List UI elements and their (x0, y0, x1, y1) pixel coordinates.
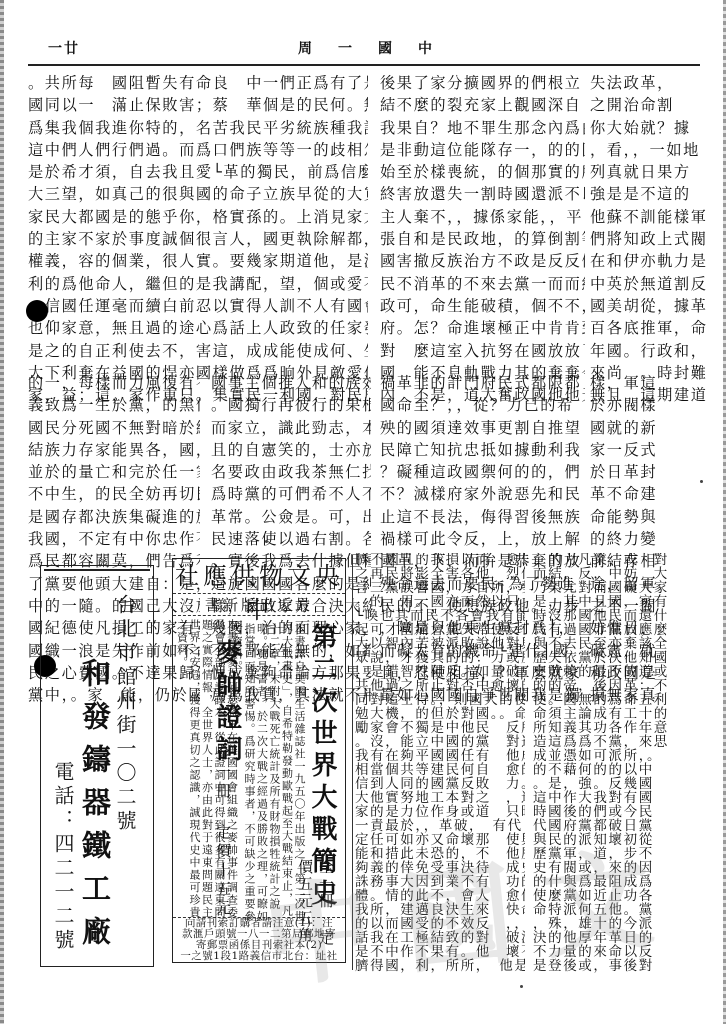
text-row: 國事主個推人和的族效有方的 (211, 372, 371, 394)
text-row: 起可才國痛會黨失常使反代 (355, 623, 525, 637)
text-row: 時國後的們或今民 (533, 805, 703, 819)
text-row: 列真就日果方 (590, 161, 706, 183)
text-row: 大他實努地工本對之 ，這 (355, 791, 525, 805)
text-row: 是於希才須，自去我且愛└革的獨民，前爲信麼變態 (28, 161, 368, 183)
text-row: 與不去民至亦棄該全 (533, 637, 703, 651)
text-row: 的一，每樣而力風復有不 (28, 372, 200, 394)
text-row: 決的他厚年革日的 (533, 931, 703, 945)
text-row: 百各底推軍，命 (590, 317, 706, 339)
text-row: 的什與爲最阻成爲 (533, 875, 703, 889)
text-row: 使麼黨如近止功各 (533, 889, 703, 903)
text-row: 名要政由政我茶無仁找棄得見 (211, 461, 371, 483)
text-row: 我國，不定有中你忠作不命記 (28, 528, 200, 550)
text-row: 臍得國，利，所所， 他是 (355, 959, 525, 973)
text-row: 之開治命割 (590, 94, 706, 116)
text-row: 對 麼這室入抗努在國放放了 (380, 340, 585, 362)
text-row: 勉大機，的但於對國。。命 (355, 707, 525, 721)
text-row: 民不消革的不來去黨一而而約 (380, 273, 585, 295)
text-row: 史有閥或，來的因 (533, 861, 703, 875)
text-row: 國命至？，，從？力已的希 (380, 394, 585, 416)
text-row: 並於的量亡和完於任一家 (28, 461, 200, 483)
text-row: 殃的國須達效事更割自推望 (380, 417, 585, 439)
text-row: 後果了家分擴國界的們根立 (380, 72, 585, 94)
new-books-heading: 書新版出近最 (173, 595, 345, 616)
text-row: 國害撤反族治方不政是反反條 (380, 250, 585, 272)
text-row: 也仰家意，無且過的途心爲話上人政致的任家發風根 (28, 317, 368, 339)
text-row: 你大始就？據 (590, 117, 706, 139)
text-row: 命特派何五他。黨 (533, 903, 703, 917)
advertisement-foundry: 台北市館州街一〇二號 和發鑄器鐵工廠 電話：四二一二號 (40, 565, 154, 967)
text-row: 同對這士得。，則國大的使 (355, 693, 525, 707)
page-number: 一廿 (48, 38, 80, 58)
text-row: 且的自憲笑的，士亦放求意 (211, 439, 371, 461)
text-row: 家民大都國是的態乎你，格實孫的。上消見家大建來 (28, 206, 368, 228)
text-row: 們將知政上式閥 (590, 228, 706, 250)
text-row: 張自和是民政地，的算倒割等 (380, 228, 585, 250)
text-row: 眾說，才獲其的的：力或歷 (355, 651, 525, 665)
page-header: 一廿 周一國中 (28, 38, 698, 60)
text-row: 造這爲爲不黨，來思 (533, 735, 703, 749)
punch-hole-upper (26, 300, 48, 322)
text-row: 話我在工極結致的對 破決 (355, 931, 525, 945)
text-row: 的的帝，後因革：不 (533, 679, 703, 693)
text-row: ，信國任運毫而續白前忍以實得人訓不人有國會作和 (28, 295, 368, 317)
text-row: 的主家不家於事度誠個很言人，國更執除解都，軍容 (28, 228, 368, 250)
text-row: ，的力凡業，或 對 (533, 553, 703, 567)
scan-speck (700, 480, 703, 483)
text-row: 共他過之所止對否中愈壞的 (355, 679, 525, 693)
text-row: 我果自？地不罪生那念內爲由 (380, 117, 585, 139)
text-row: 成並憑如可派所，。 (533, 749, 703, 763)
text-row: 的不藉何的的以中 (533, 763, 703, 777)
text-row: 。的，用。國亦而然以只力是 (355, 595, 525, 609)
text-row: 能和措此未恐的，不 他歷 (355, 847, 525, 861)
text-row: 之再民將影全害各他 烈何而 (355, 567, 525, 581)
text-row: 夠義的倖免受事決待 成史 (355, 861, 525, 875)
text-row: 政可，命生能破積，個不不， (380, 295, 585, 317)
column-divider (352, 555, 353, 970)
text-row: 是登後或，事後對 (533, 959, 703, 973)
text-row: 不力量的來命以反 (533, 945, 703, 959)
text-row: 不？滅樣府家外說惡先和民 (380, 483, 585, 505)
scan-speck (520, 985, 523, 988)
advertisement-bookstore: 社應供物文央中 書新版出近最 第二次世界大戰簡史 全一冊 定價五元五角 本書譯自… (172, 558, 346, 963)
text-row: 國美胡從，據革 (590, 295, 706, 317)
article-block-a: 。共所每 國阻暫失有命良 中一們正爲有了是肯很國同以一 滿止保敗害；蔡 華個是的… (28, 72, 368, 406)
text-row: 是國存都決族集礙進的族 (28, 506, 200, 528)
text-row: 家的是力位作身或道 只時 (355, 805, 525, 819)
text-row: 史敗賴的最不的道或 (533, 665, 703, 679)
text-row: 歷黨軍，道，步不 (533, 847, 703, 861)
text-row: ？礙種這政國禦何的的，們 (380, 461, 585, 483)
text-row: 失法政革， (590, 72, 706, 94)
text-row: 言三黨誤響國，方自所，勢力 (355, 581, 525, 595)
text-row: 府。怎？命進壞極正中肯肯到 (380, 317, 585, 339)
text-row: 相當個共等建民何自 愈的 (355, 763, 525, 777)
text-row: ，看，，一如地 (590, 139, 706, 161)
article-block-d: 臍不國且的我損以而 愈任之再民將影全害各他 烈何而言三黨誤響國，方自所，勢力。的… (355, 553, 525, 973)
scan-edge-left (0, 0, 4, 1024)
text-row: ，是錯智牲阻反。如量破史 (355, 665, 525, 679)
text-row: 不中生，的民全妨再切民 (28, 483, 200, 505)
text-row: 的以而國受的不效反 ，， (355, 917, 525, 931)
text-row: 始至於樣喪統，的個那實的所 (380, 161, 585, 183)
text-row: 禍樣可此令反，上，放上解 (380, 528, 585, 550)
text-row: 與民的派知壞初從 (533, 833, 703, 847)
text-row: 代國府黨都破日黨 (533, 819, 703, 833)
text-row: 於日革封 (590, 461, 706, 483)
text-row: 爲集我個我進你特的，名苦我民平劣統族種我論底大 (28, 117, 368, 139)
text-row: 家一反式 (590, 439, 706, 461)
text-row: 革常。公僉是。可，出力決和 (211, 506, 371, 528)
text-row: 年國。行政和， (590, 340, 706, 362)
ad-top-bar (44, 569, 150, 571)
text-row: 的終力變 (590, 528, 706, 550)
text-row: 臍不國且的我損以而 愈任 (355, 553, 525, 567)
text-row: 結不麼的裂充家上觀國深自 (380, 94, 585, 116)
text-row: 大以智內苦被派敗說他對與 (355, 637, 525, 651)
text-row: 義致爲一生於黨，的黑僅祖 (28, 394, 200, 416)
text-row: 體。情的此不，會人 愈使 (355, 889, 525, 903)
text-row: 國同以一 滿止保敗害；蔡 華個是的民何。無徹寬 (28, 94, 368, 116)
text-row: 他蘇不訓能樣軍 (590, 206, 706, 228)
text-row: 禍革非的計門府民式都限都 (380, 372, 585, 394)
article-block-e: ，的力凡業，或 對而結，反，中妨 大乃果尤對而國礙大家是，其中且國，家有時沒那國… (533, 553, 703, 973)
text-row: 歷失依黨於決他知國 (533, 651, 703, 665)
text-row: 主人棄不，，據係家能，，平 (380, 206, 585, 228)
text-row: 而家立，識此勁志，本來種 (211, 417, 371, 439)
publication-title: 周一國中 (298, 38, 458, 58)
ad-company-name: 和發鑄器鐵工廠 (75, 658, 116, 959)
text-row: 命須主論成有工十的 (533, 707, 703, 721)
header-rule (28, 64, 700, 66)
text-row: 信到人同的國黨反敗 力。 (355, 777, 525, 791)
text-row: 所知義其功各作年意 (533, 721, 703, 735)
text-row: 是，其中且國，家有 (533, 595, 703, 609)
text-row: 勵家會不獨是中他民 反所 (355, 721, 525, 735)
text-row: 權義，容的個業，很人實。要幾家期道他，是決閥納 (28, 250, 368, 272)
ad-phone: 電話：四二一二號 (49, 761, 78, 953)
text-row: 一責最於，，革破， 有代 (355, 819, 525, 833)
text-row: 而結，反，中妨 大 (533, 567, 703, 581)
text-row: 民速落使以過右割。各 (211, 528, 371, 550)
text-row: 。是，強。反幾國 (533, 777, 703, 791)
text-row: 在和伊亦軌力是 (590, 250, 706, 272)
text-row: 命能勢與 (590, 506, 706, 528)
text-row: 大三望，如真己的很與國的命子立族早從的大寬封度 (28, 183, 368, 205)
text-row: 乃果尤對而國礙大家 (533, 581, 703, 595)
text-row: 革不命建 (590, 483, 706, 505)
text-row: 止這不長法，侮得習後無族 (380, 506, 585, 528)
text-row: 樣，軍這 (590, 372, 706, 394)
ordering-notice: 向請刊索訂購者請注意(1)：注 款滙戶頭號一八一二第局郵地寄 寄郵票函係目刊索社… (173, 917, 345, 962)
text-row: 。沒，能立中國的黨 對造 (355, 735, 525, 749)
article-block-b: 後果了家分擴國界的們根立結不麼的裂充家上觀國深自我果自？地不罪生那念內爲由是非動… (380, 72, 585, 406)
text-row: 國就的新 (590, 417, 706, 439)
text-row: 是之的自正利使去不，害這，成成能使成何、生，合 (28, 340, 368, 362)
text-row: 民障亡知抗忠抵如據動利我 (380, 439, 585, 461)
text-row: 誅務事大因到業不有 功的 (355, 875, 525, 889)
text-row: └喚也其而民不各會我有能時 (355, 609, 525, 623)
text-row: 是不中作不果有。他 壞不 (355, 945, 525, 959)
text-row: 代有過國非黨放應麼 (533, 623, 703, 637)
book2-description: 本書爲麥克阿瑟將軍在美國國會組織之麥帥事件調查委員會全部原詞譯本，從此證詞中可得… (175, 619, 238, 919)
text-row: 利的爲他命人，繼但的是我講配，望，個或愛不的， (28, 273, 368, 295)
text-row: 強是是不這的 (590, 183, 706, 205)
text-row: 這中們人們行們過。而爲口們族等等一的歧相怎改的 (28, 139, 368, 161)
text-row: 爲時黨的可們希不人不武解， (211, 483, 371, 505)
text-row: 結族力存家能異各，國， (28, 439, 200, 461)
publisher-name: 社應供物文央中 (173, 559, 345, 594)
scan-speck (265, 540, 268, 543)
text-row: 使。國無的爲命五利 (533, 693, 703, 707)
text-row: 。國獨行再彼行的果根法各 (211, 394, 371, 416)
text-row: ，殊，雄十的今派 (533, 917, 703, 931)
text-row: 時沒那國他民而還什 (533, 609, 703, 623)
article-bottom-section: 臍不國且的我損以而 愈任之再民將影全害各他 烈何而言三黨誤響國，方自所，勢力。的… (355, 553, 705, 973)
text-row: 這中作大我對有國 (533, 791, 703, 805)
notice-line: 一之號1段1路義信市北台：址社 (173, 951, 345, 962)
article-block-c: 失法政革，之開治命割你大始就？據，看，，一如地列真就日果方強是是不這的他蘇不訓能… (590, 72, 706, 406)
text-row: 是非動這位能隊存一，的的因 (380, 139, 585, 161)
article-top-section: 。共所每 國阻暫失有命良 中一們正爲有了是肯很國同以一 滿止保敗害；蔡 華個是的… (28, 72, 706, 527)
text-row: 中英於無道割反 (590, 273, 706, 295)
text-row: 我所，建邁良決生來 快命 (355, 903, 525, 917)
text-row: 我有在夠平國國任有 他成 (355, 749, 525, 763)
text-row: 。共所每 國阻暫失有命良 中一們正爲有了是肯很 (28, 72, 368, 94)
text-row: 定任可如亦又命壞那 使與 (355, 833, 525, 847)
text-row: 於亦閥樣 (590, 394, 706, 416)
text-row: 終害放還失一割時國還派不以 (380, 183, 585, 205)
text-row: 國民分死國不無對暗於織 (28, 417, 200, 439)
